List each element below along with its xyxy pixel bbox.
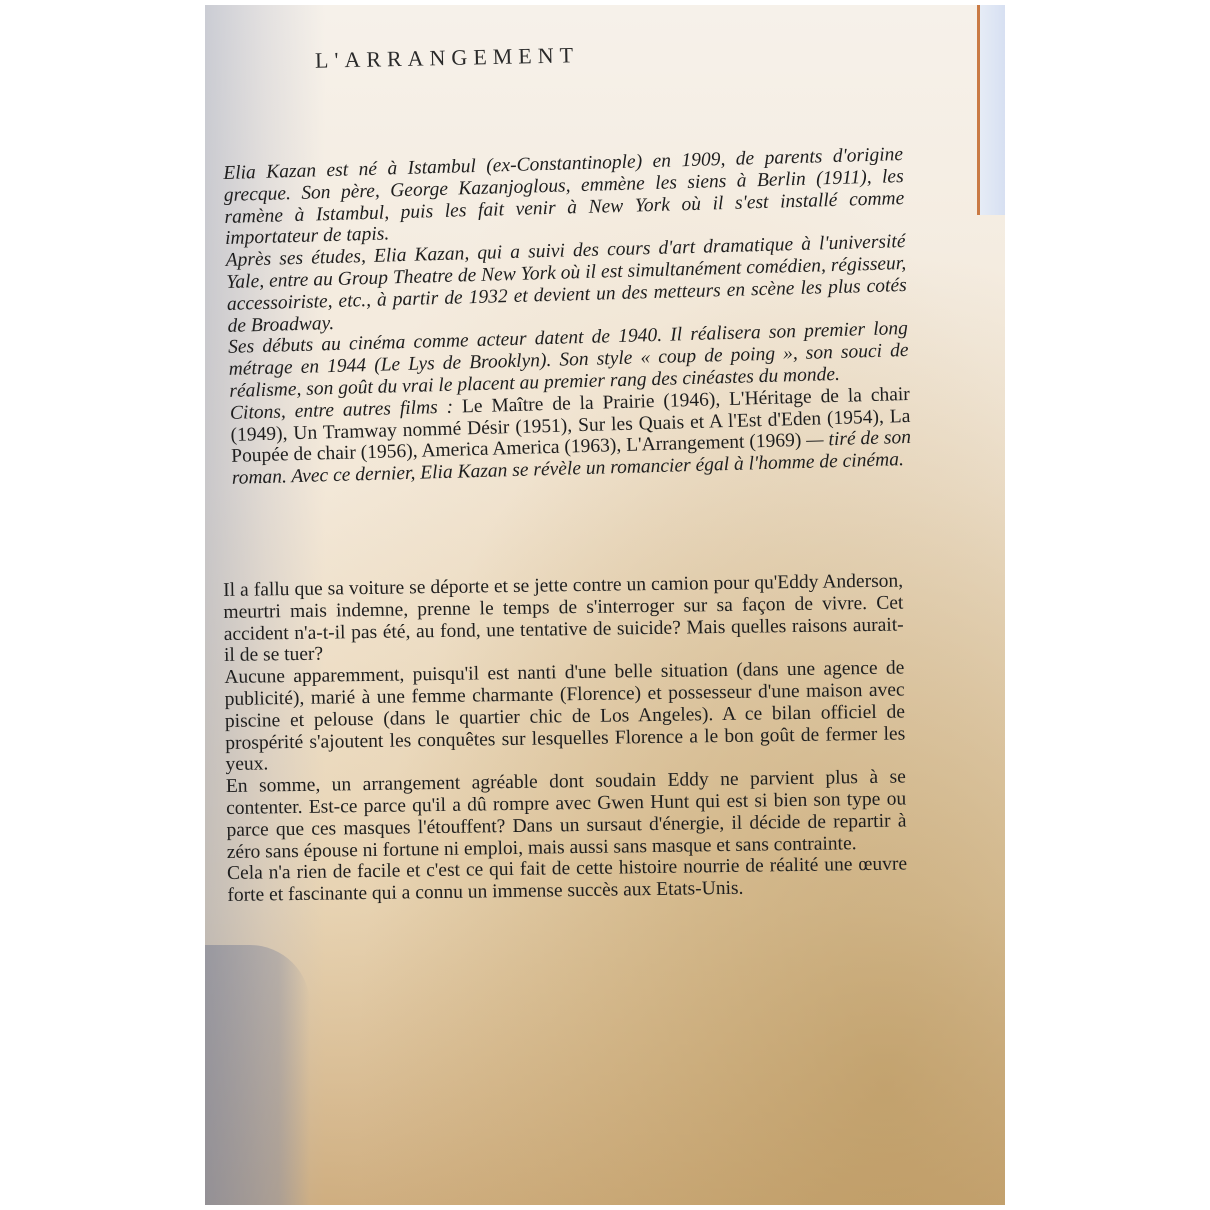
page-title: L'ARRANGEMENT — [315, 42, 580, 74]
author-biography: Elia Kazan est né à Istambul (ex-Constan… — [223, 144, 912, 490]
synopsis-paragraph: Aucune apparemment, puisqu'il est nanti … — [224, 658, 905, 776]
synopsis-paragraph: En somme, un arrangement agréable dont s… — [226, 767, 907, 864]
synopsis-paragraph: Cela n'a rien de facile et c'est ce qui … — [227, 854, 908, 907]
synopsis-paragraph: Il a fallu que sa voiture se déporte et … — [223, 571, 904, 668]
page-gap — [980, 5, 1005, 215]
book-page: L'ARRANGEMENT Elia Kazan est né à Istamb… — [205, 5, 1005, 1205]
cover-edge — [977, 5, 980, 215]
filmography-paragraph: Citons, entre autres films : Le Maître d… — [230, 384, 912, 490]
novel-synopsis: Il a fallu que sa voiture se déporte et … — [223, 571, 907, 907]
page-shadow-lower — [205, 945, 310, 1205]
